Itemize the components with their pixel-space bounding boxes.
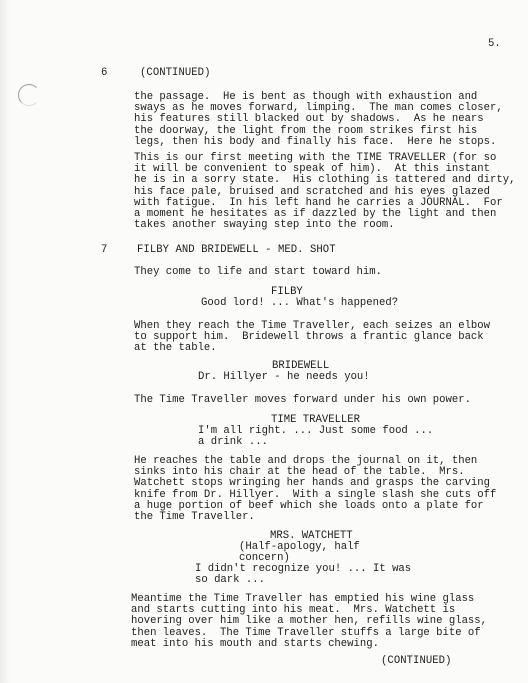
action-paragraph: The Time Traveller moves forward under h… — [134, 395, 514, 406]
dialogue: Good lord! ... What's happened? — [201, 298, 398, 309]
dialogue: Dr. Hillyer - he needs you! — [198, 372, 370, 383]
action-paragraph: This is our first meeting with the TIME … — [134, 153, 514, 231]
action-paragraph: He reaches the table and drops the journ… — [134, 456, 514, 523]
scene-heading: (CONTINUED) — [140, 68, 210, 79]
continued-footer: (CONTINUED) — [381, 656, 451, 667]
action-paragraph: the passage. He is bent as though with e… — [134, 92, 514, 148]
parenthetical: (Half-apology, half concern) — [239, 542, 360, 564]
page-number: 5. — [488, 39, 501, 50]
scene-number: 6 — [101, 68, 107, 79]
dialogue: I'm all right. ... Just some food ... a … — [198, 426, 433, 448]
action-paragraph: When they reach the Time Traveller, each… — [134, 321, 514, 355]
scene-number: 7 — [101, 245, 107, 256]
action-paragraph: Meantime the Time Traveller has emptied … — [131, 594, 511, 650]
scene-heading: FILBY AND BRIDEWELL - MED. SHOT — [137, 245, 336, 256]
dialogue: I didn't recognize you! ... It was so da… — [195, 564, 411, 586]
script-page: 5. 6 (CONTINUED) the passage. He is bent… — [0, 0, 528, 683]
action-paragraph: They come to life and start toward him. — [134, 267, 514, 278]
page-edge-shadow — [0, 0, 10, 683]
hole-punch-mark — [18, 84, 40, 106]
